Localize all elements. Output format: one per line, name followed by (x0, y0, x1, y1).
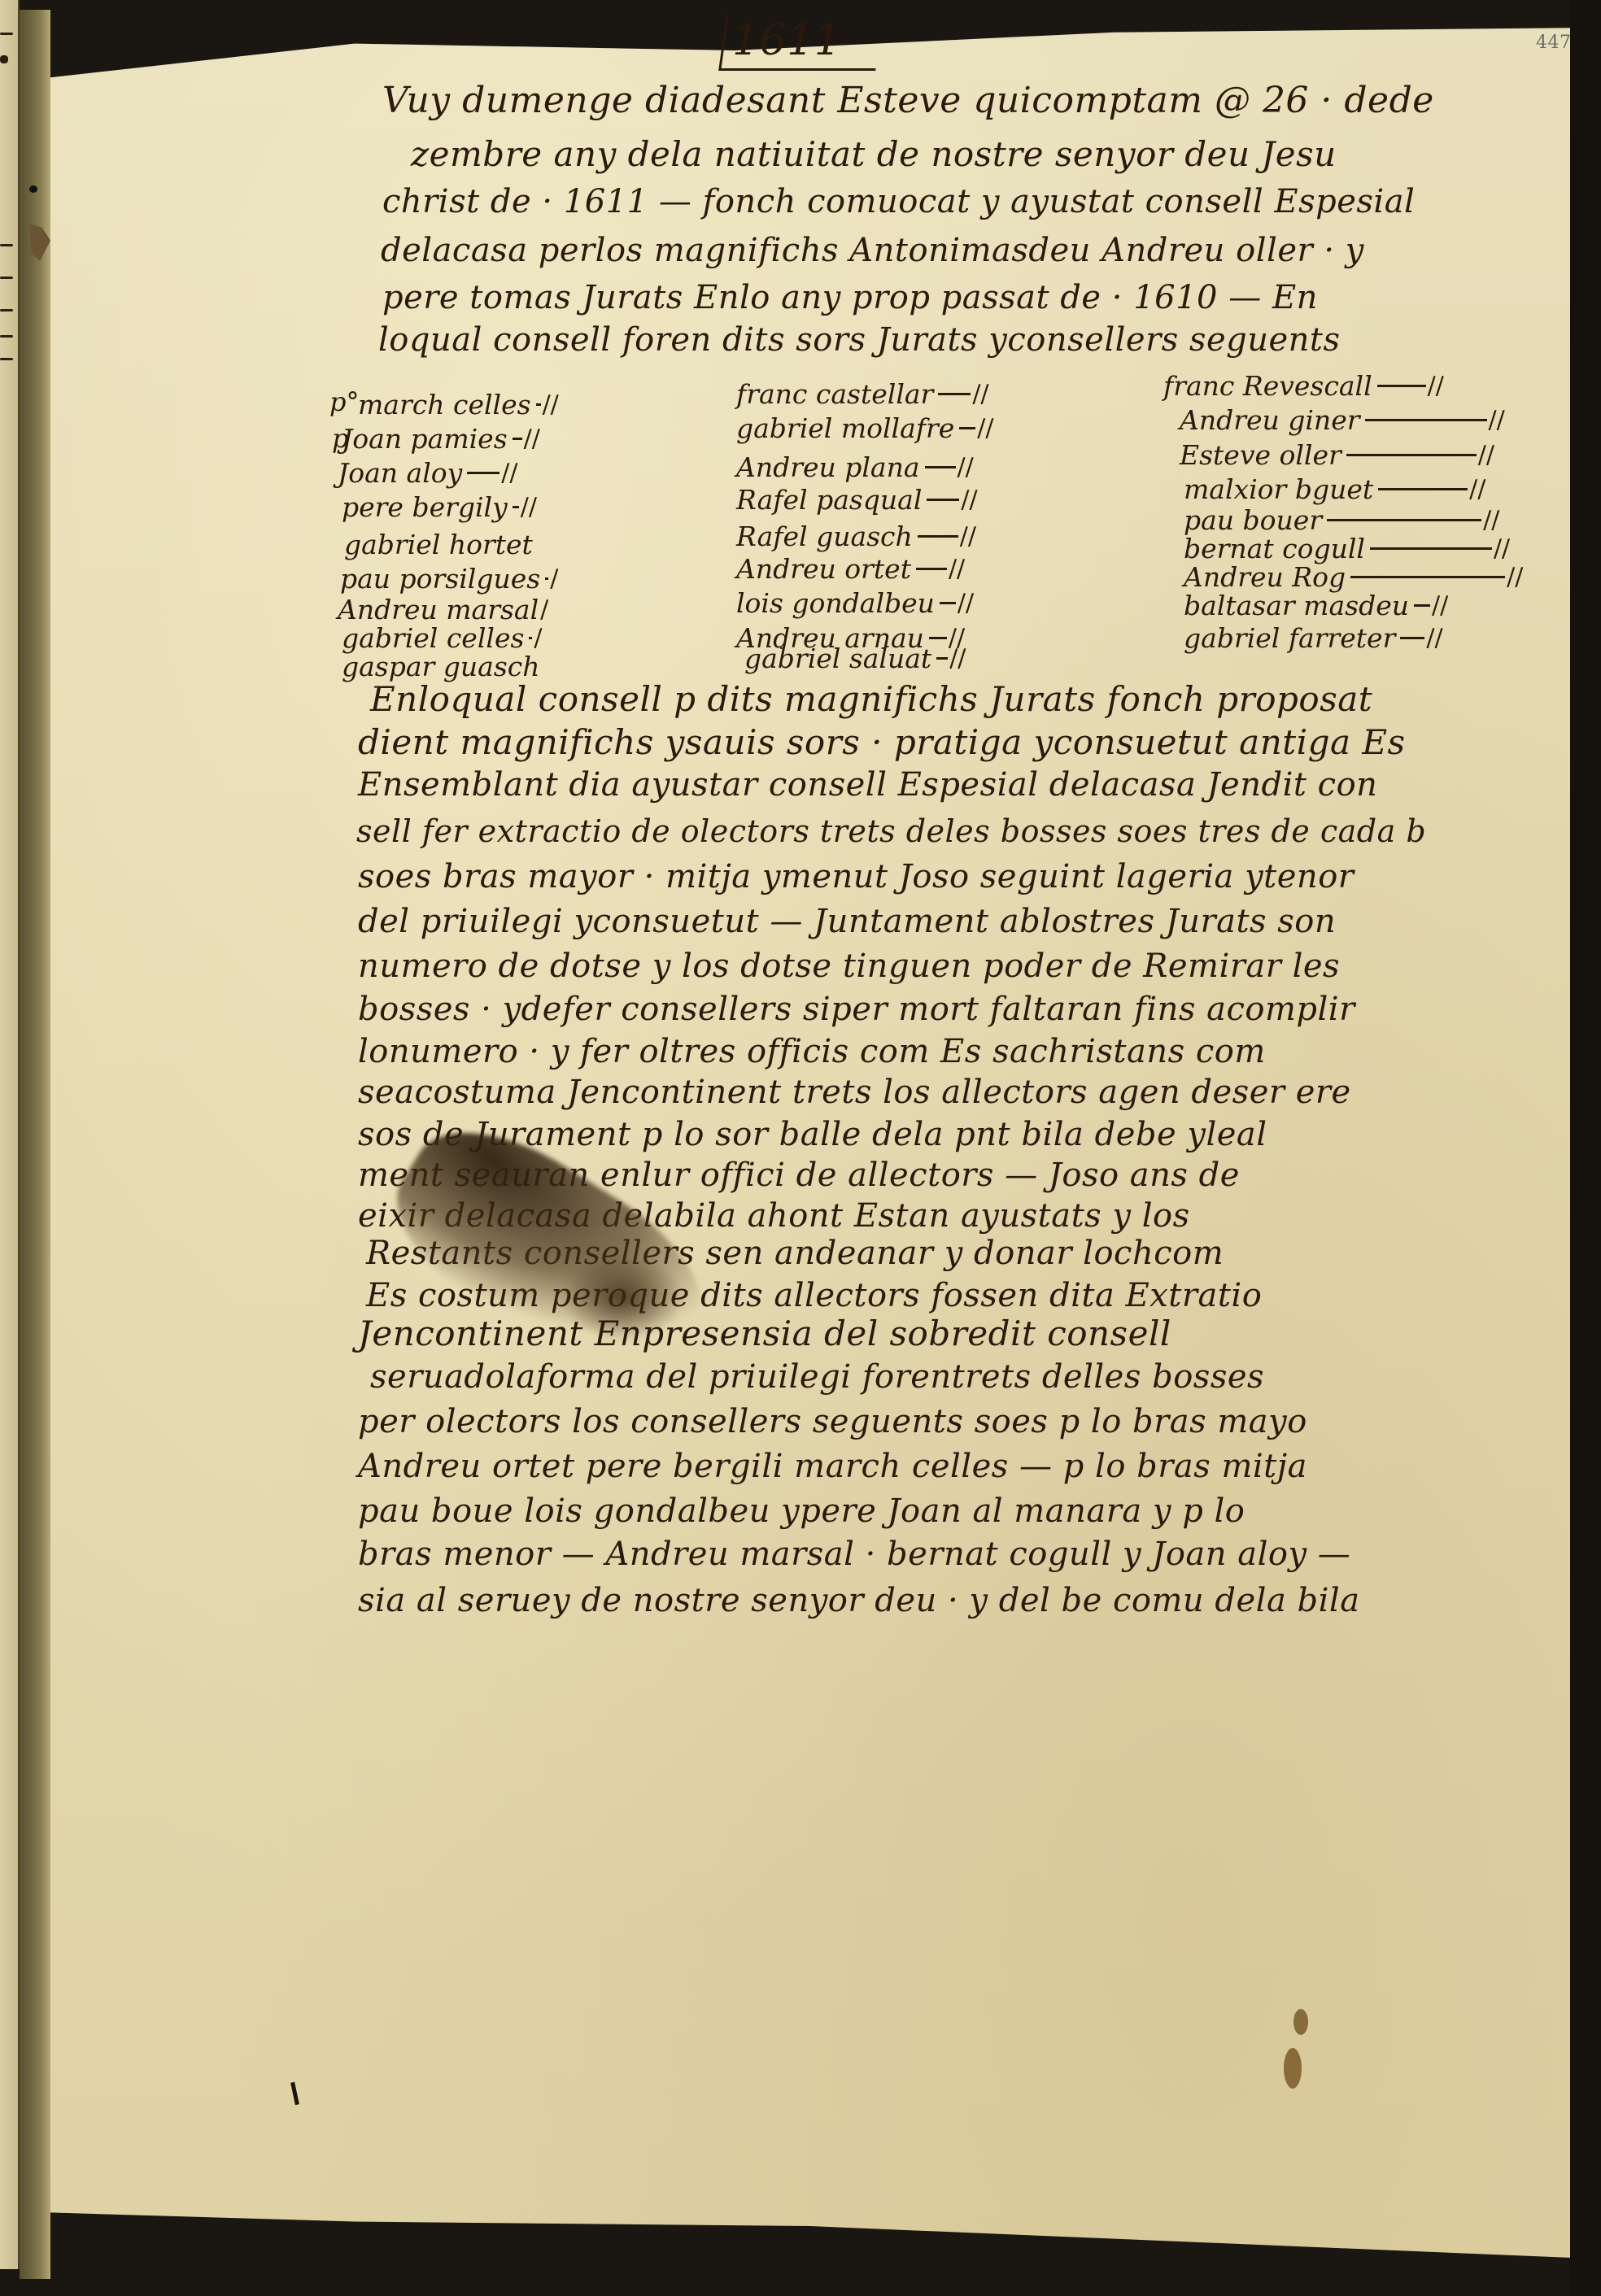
facing-page-edge (0, 0, 20, 2269)
attendee-name: Andreu giner// (1180, 404, 1505, 436)
text-line: loqual consell foren dits sors Jurats yc… (378, 321, 1341, 359)
attendee-name: Andreu ortet// (736, 553, 965, 585)
text-line: Vuy dumenge diadesant Esteve quicomptam … (382, 80, 1434, 121)
text-line: seacostuma Jencontinent trets los allect… (358, 1074, 1351, 1111)
text-line: bras menor — Andreu marsal · bernat cogu… (358, 1536, 1350, 1573)
facing-page-ink-fragment (0, 33, 16, 39)
attendee-name: gabriel mollafre// (736, 412, 994, 444)
water-stain (1284, 2048, 1302, 2089)
attendee-name: baltasar masdeu// (1184, 590, 1448, 621)
facing-page-ink-fragment (0, 244, 16, 251)
margin-mark: p° (329, 386, 359, 417)
attendee-name: lois gondalbeu// (736, 587, 974, 619)
text-line: lonumero · y fer oltres officis com Es s… (358, 1033, 1266, 1070)
attendee-name: franc castellar// (736, 378, 989, 410)
folio-number: 447 (1536, 33, 1572, 53)
attendee-name: Andreu plana// (736, 451, 974, 483)
text-line: sia al seruey de nostre senyor deu · y d… (358, 1582, 1360, 1619)
facing-page-ink-fragment (0, 277, 16, 283)
attendee-name: march celles// (358, 389, 559, 420)
text-line: delacasa perlos magnifichs Antonimasdeu … (381, 232, 1364, 269)
text-line: Andreu ortet pere bergili march celles —… (358, 1448, 1307, 1485)
text-line: numero de dotse y los dotse tinguen pode… (358, 948, 1340, 985)
scan-background (1570, 0, 1601, 2296)
facing-page-ink-fragment (0, 335, 16, 342)
text-line: del priuilegi yconsuetut — Juntament abl… (358, 903, 1336, 940)
text-line: pau boue lois gondalbeu ypere Joan al ma… (358, 1492, 1245, 1530)
attendee-name: Joan aloy// (338, 457, 517, 489)
text-line: Enloqual consell p dits magnifichs Jurat… (370, 679, 1372, 719)
water-stain (1293, 2009, 1308, 2035)
facing-page-ink-fragment (0, 55, 16, 62)
attendee-name: Esteve oller// (1180, 439, 1494, 471)
attendee-name: pere bergily// (342, 491, 537, 523)
text-line: christ de · 1611 — fonch comuocat y ayus… (382, 183, 1415, 220)
attendee-name: bernat cogull// (1184, 533, 1510, 564)
attendee-name: gabriel hortet (344, 529, 533, 560)
attendee-name: Rafel guasch// (736, 521, 976, 552)
facing-page-ink-fragment (0, 309, 16, 316)
binding-gutter (20, 10, 50, 2279)
attendee-name: franc Revescall// (1163, 370, 1444, 402)
attendee-name: gabriel celles/ (342, 622, 543, 654)
text-line: seruadolaforma del priuilegi forentrets … (370, 1358, 1264, 1396)
attendee-name: malxior bguet// (1184, 473, 1485, 505)
facing-page-ink-fragment (0, 358, 16, 364)
text-line: soes bras mayor · mitja ymenut Joso segu… (358, 858, 1354, 895)
attendee-name: gabriel farreter// (1184, 622, 1443, 654)
attendee-name: Andreu marsal/ (338, 594, 548, 625)
text-line: dient magnifichs ysauis sors · pratiga y… (358, 722, 1406, 762)
text-line: pere tomas Jurats Enlo any prop passat d… (382, 279, 1318, 316)
attendee-name: pau porsilgues/ (340, 563, 558, 595)
attendee-name: gabriel saluat// (744, 643, 966, 674)
text-line: Jencontinent Enpresensia del sobredit co… (358, 1314, 1171, 1353)
attendee-name: Andreu Rog// (1184, 561, 1523, 593)
text-line: Ensemblant dia ayustar consell Espesial … (358, 766, 1377, 804)
year-heading: 1611 (732, 16, 841, 65)
attendee-name: gaspar guasch (342, 651, 540, 682)
text-line: zembre any dela natiuitat de nostre seny… (411, 134, 1337, 174)
binding-hole (29, 185, 37, 193)
text-line: sell fer extractio de olectors trets del… (356, 813, 1426, 849)
attendee-name: pau bouer// (1184, 504, 1499, 536)
text-line: per olectors los consellers seguents soe… (358, 1403, 1307, 1440)
attendee-name: Joan pamies// (342, 423, 540, 455)
text-line: bosses · ydefer consellers siper mort fa… (358, 991, 1355, 1028)
attendee-name: Rafel pasqual// (736, 484, 978, 516)
